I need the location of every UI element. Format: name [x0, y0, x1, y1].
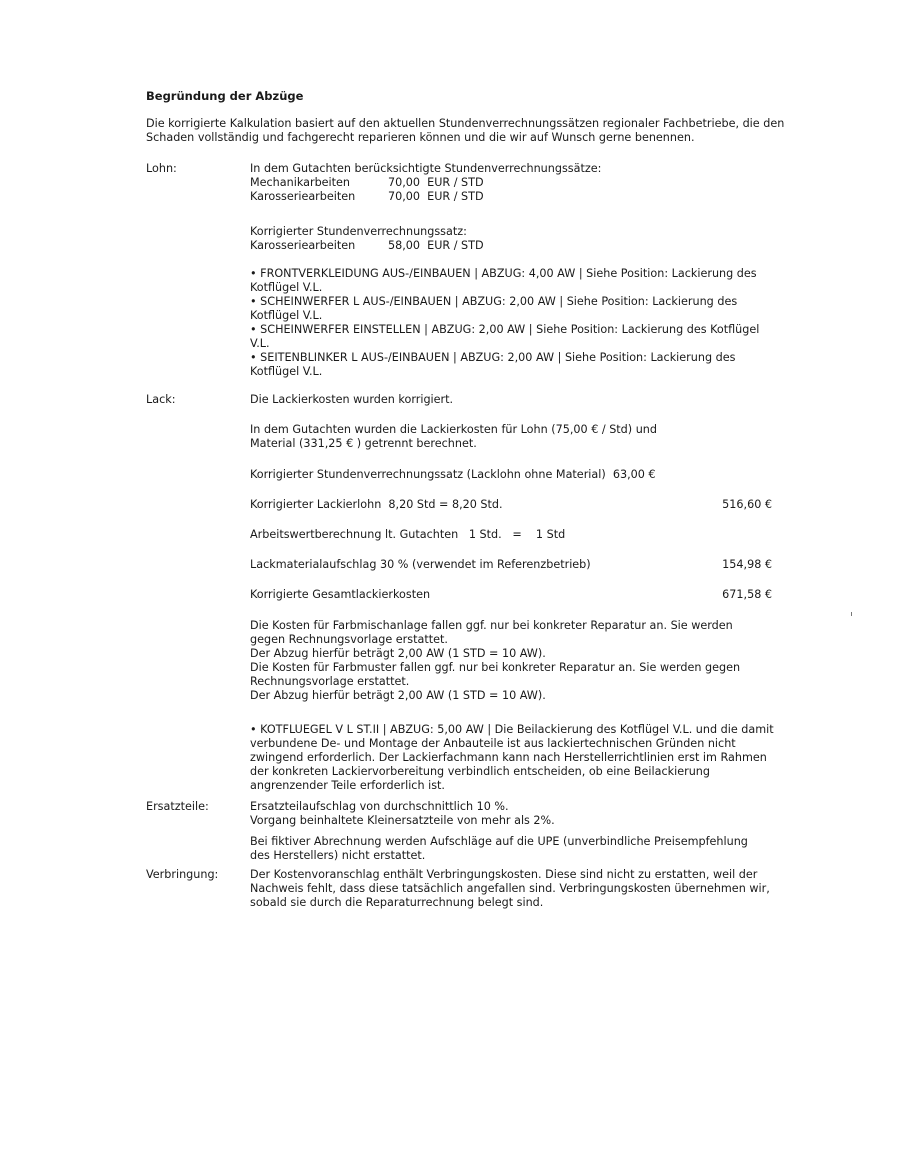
- lohn-items: • FRONTVERKLEIDUNG AUS-/EINBAUEN | ABZUG…: [250, 267, 770, 379]
- label-lack: Lack:: [146, 393, 176, 406]
- lack-line-text: Arbeitswertberechnung lt. Gutachten 1 St…: [250, 528, 565, 541]
- document-page: Begründung der Abzüge Die korrigierte Ka…: [0, 0, 900, 1160]
- sample-note: Die Kosten für Farbmuster fallen ggf. nu…: [250, 661, 760, 689]
- lack-fees: Die Kosten für Farbmischanlage fallen gg…: [250, 619, 760, 703]
- rate-row: Karosseriearbeiten 58,00 EUR / STD: [250, 239, 780, 253]
- lack-rate-line: Korrigierter Stundenverrechnungssatz (La…: [250, 468, 656, 481]
- lohn-rates: In dem Gutachten berücksichtigte Stunden…: [250, 162, 780, 204]
- ersatzteile-note: Bei fiktiver Abrechnung werden Aufschläg…: [250, 835, 770, 863]
- intro-paragraph: Die korrigierte Kalkulation basiert auf …: [146, 117, 806, 145]
- lack-total-amount: 671,58 €: [722, 588, 772, 601]
- label-ersatzteile: Ersatzteile:: [146, 800, 209, 813]
- lack-line-text: Korrigierte Gesamtlackierkosten: [250, 588, 430, 601]
- mixing-note: Die Kosten für Farbmischanlage fallen gg…: [250, 619, 760, 647]
- lack-line-text: Lackmaterialaufschlag 30 % (verwendet im…: [250, 558, 591, 571]
- ersatzteile-lines: Ersatzteilaufschlag von durchschnittlich…: [250, 800, 780, 828]
- sample-deduction: Der Abzug hierfür beträgt 2,00 AW (1 STD…: [250, 689, 760, 703]
- list-item: • SEITENBLINKER L AUS-/EINBAUEN | ABZUG:…: [250, 351, 770, 379]
- lack-line-amount: 516,60 €: [722, 498, 772, 511]
- corrected-heading: Korrigierter Stundenverrechnungssatz:: [250, 225, 780, 239]
- ersatzteile-line: Ersatzteilaufschlag von durchschnittlich…: [250, 800, 780, 814]
- scan-artifact: [851, 612, 852, 616]
- ersatzteile-line: Vorgang beinhaltete Kleinersatzteile von…: [250, 814, 780, 828]
- lack-gutachten-note: In dem Gutachten wurden die Lackierkoste…: [250, 423, 690, 451]
- list-item: • SCHEINWERFER L AUS-/EINBAUEN | ABZUG: …: [250, 295, 770, 323]
- lack-line-amount: 154,98 €: [722, 558, 772, 571]
- kotfluegel-item: • KOTFLUEGEL V L ST.II | ABZUG: 5,00 AW …: [250, 723, 775, 793]
- list-item: • FRONTVERKLEIDUNG AUS-/EINBAUEN | ABZUG…: [250, 267, 770, 295]
- label-lohn: Lohn:: [146, 162, 177, 175]
- section-title: Begründung der Abzüge: [146, 89, 303, 103]
- list-item: • SCHEINWERFER EINSTELLEN | ABZUG: 2,00 …: [250, 323, 770, 351]
- rate-row: Karosseriearbeiten 70,00 EUR / STD: [250, 190, 780, 204]
- verbringung-text: Der Kostenvoranschlag enthält Verbringun…: [250, 868, 780, 910]
- mixing-deduction: Der Abzug hierfür beträgt 2,00 AW (1 STD…: [250, 647, 760, 661]
- lack-line-text: Korrigierter Lackierlohn 8,20 Std = 8,20…: [250, 498, 503, 511]
- label-verbringung: Verbringung:: [146, 868, 218, 881]
- rate-row: Mechanikarbeiten 70,00 EUR / STD: [250, 176, 780, 190]
- lack-corrected-note: Die Lackierkosten wurden korrigiert.: [250, 393, 453, 406]
- rates-heading: In dem Gutachten berücksichtigte Stunden…: [250, 162, 780, 176]
- lohn-corrected: Korrigierter Stundenverrechnungssatz: Ka…: [250, 225, 780, 253]
